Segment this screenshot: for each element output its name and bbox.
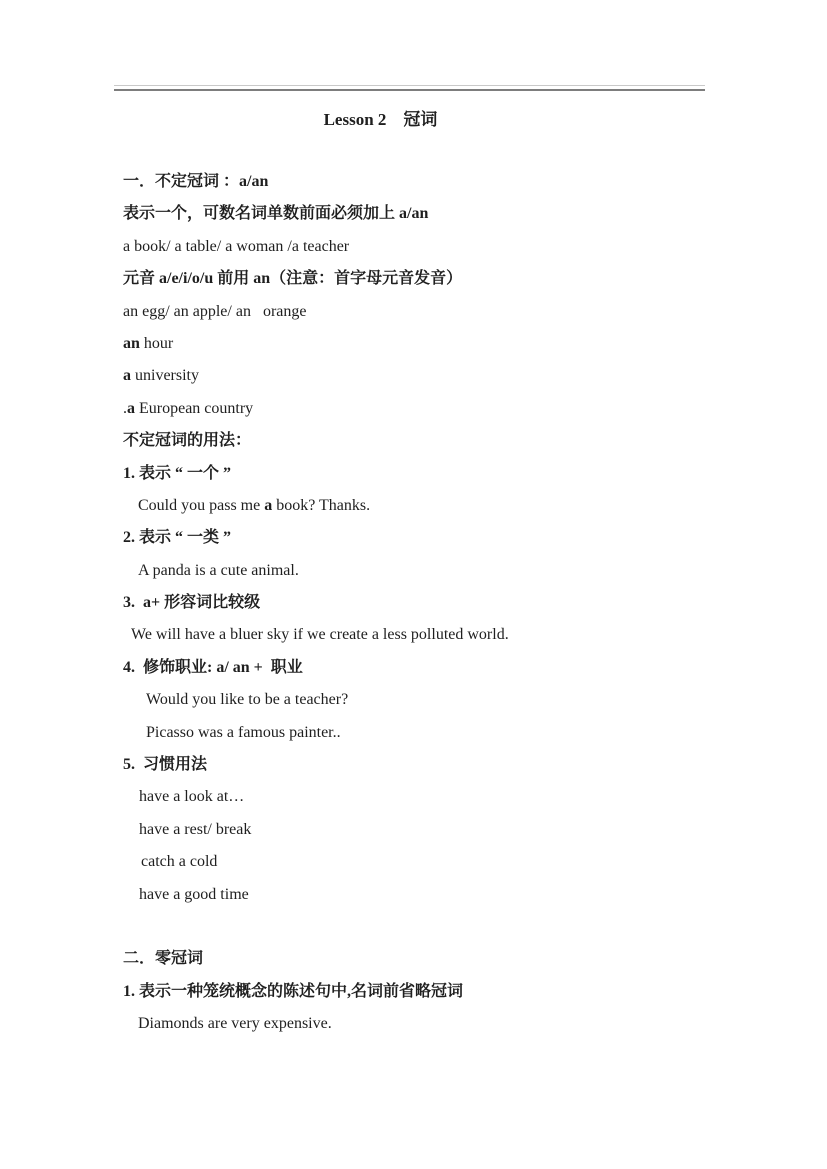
text-segment: Could you pass me <box>138 497 264 514</box>
text-segment: an <box>123 335 140 352</box>
text-line: 不定冠词的用法： <box>123 425 705 457</box>
text-segment: a <box>127 400 135 417</box>
text-segment: Picasso was a famous painter.. <box>146 724 341 741</box>
text-segment: 元音 a/e/i/o/u 前用 an（注意：首字母元音发音） <box>123 270 462 287</box>
text-segment: university <box>131 367 199 384</box>
text-line: 二．零冠词 <box>123 943 705 975</box>
text-line: Would you like to be a teacher? <box>123 684 705 716</box>
text-line: 表示一个，可数名词单数前面必须加上 a/an <box>123 198 705 230</box>
text-line: a book/ a table/ a woman /a teacher <box>123 231 705 263</box>
text-line: 2. 表示 “ 一类 ” <box>123 522 705 554</box>
text-segment: 一．不定冠词 ：a/an <box>123 173 268 190</box>
text-segment: We will have a bluer sky if we create a … <box>131 626 509 643</box>
text-segment: have a good time <box>139 886 249 903</box>
text-line: Diamonds are very expensive. <box>123 1008 705 1040</box>
text-segment: have a rest/ break <box>139 821 251 838</box>
text-line: 5. 习惯用法 <box>123 749 705 781</box>
text-segment: 表示一个，可数名词单数前面必须加上 a/an <box>123 205 428 222</box>
text-segment: a <box>123 367 131 384</box>
text-segment: 不定冠词的用法： <box>123 432 251 449</box>
header-rule <box>114 85 705 91</box>
text-segment: 1. 表示一种笼统概念的陈述句中,名词前省略冠词 <box>123 983 463 1000</box>
text-line: Could you pass me a book? Thanks. <box>123 490 705 522</box>
blank-line <box>123 911 705 943</box>
text-line: A panda is a cute animal. <box>123 555 705 587</box>
text-line: 1. 表示一种笼统概念的陈述句中,名词前省略冠词 <box>123 976 705 1008</box>
text-line: have a rest/ break <box>123 814 705 846</box>
text-line: a university <box>123 360 705 392</box>
text-line: have a good time <box>123 879 705 911</box>
text-segment: 二．零冠词 <box>123 950 203 967</box>
text-segment: book? Thanks. <box>272 497 370 514</box>
text-segment: an egg/ an apple/ an orange <box>123 303 306 320</box>
document-body: 一．不定冠词 ：a/an表示一个，可数名词单数前面必须加上 a/ana book… <box>123 166 705 1041</box>
text-segment: Would you like to be a teacher? <box>146 691 348 708</box>
text-line: 1. 表示 “ 一个 ” <box>123 458 705 490</box>
text-line: have a look at… <box>123 781 705 813</box>
text-segment: Diamonds are very expensive. <box>138 1015 332 1032</box>
text-line: an egg/ an apple/ an orange <box>123 296 705 328</box>
text-line: 4. 修饰职业: a/ an + 职业 <box>123 652 705 684</box>
text-segment: have a look at… <box>139 788 244 805</box>
text-line: We will have a bluer sky if we create a … <box>123 619 705 651</box>
document-title: Lesson 2 冠词 <box>123 105 638 130</box>
document-page: Lesson 2 冠词 一．不定冠词 ：a/an表示一个，可数名词单数前面必须加… <box>0 0 827 1169</box>
text-segment: hour <box>140 335 173 352</box>
text-segment: A panda is a cute animal. <box>138 562 299 579</box>
text-line: 一．不定冠词 ：a/an <box>123 166 705 198</box>
text-segment: 5. 习惯用法 <box>123 756 207 773</box>
text-line: 3. a+ 形容词比较级 <box>123 587 705 619</box>
text-segment: European country <box>135 400 253 417</box>
text-segment: catch a cold <box>141 853 217 870</box>
text-line: Picasso was a famous painter.. <box>123 717 705 749</box>
text-line: 元音 a/e/i/o/u 前用 an（注意：首字母元音发音） <box>123 263 705 295</box>
text-line: catch a cold <box>123 846 705 878</box>
text-segment: 4. 修饰职业: a/ an + 职业 <box>123 659 303 676</box>
text-segment: a book/ a table/ a woman /a teacher <box>123 238 349 255</box>
text-line: .a European country <box>123 393 705 425</box>
text-segment: 1. 表示 “ 一个 ” <box>123 465 231 482</box>
text-segment: 2. 表示 “ 一类 ” <box>123 529 231 546</box>
text-line: an hour <box>123 328 705 360</box>
text-segment: 3. a+ 形容词比较级 <box>123 594 260 611</box>
